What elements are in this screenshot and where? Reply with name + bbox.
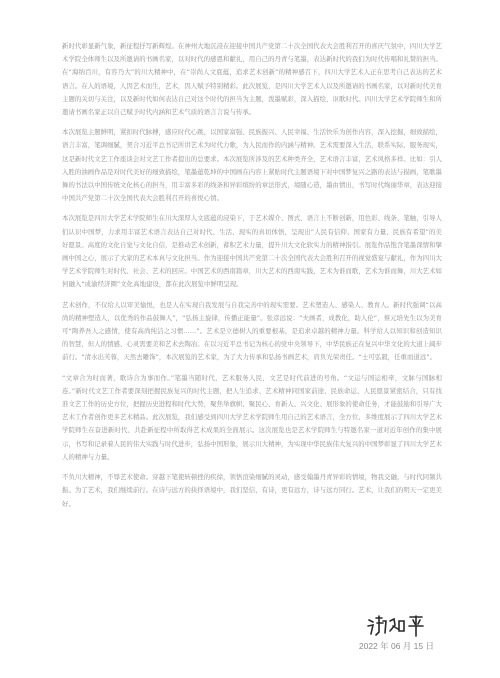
foreword-document: 新时代彰显新气象，新征程抒写新辉煌。在神州大地沉浸在迎接中国共产党第二十次全国代… <box>62 40 442 518</box>
paragraph-4: 艺术创作，不仅给人以审美愉悦，也是人在实现自我发展与自我完善中的现实需要。艺术塑… <box>62 299 442 365</box>
paragraph-3: 本次展览是四川大学艺术学院师生在川大深厚人文底蕴的浸染下，于艺术媒介、图式、语言… <box>62 212 442 291</box>
paragraph-6: 不负川大精神，不辱艺术使命。穿越下笔使转顿挫的疾徐，领悟渲染细腻的灵动，感受翰墨… <box>62 471 442 511</box>
handwritten-signature <box>314 612 434 638</box>
signature-block: 2022 年 06 月 15 日 <box>314 612 434 652</box>
signature-icon <box>366 612 428 638</box>
paragraph-2: 本次展览主题鲜明，紧扣时代脉搏，感应时代心跳，以国家富强、民族振兴、人民幸福、生… <box>62 126 442 205</box>
paragraph-5: “文章合为时而著，歌诗合为事而作。”笔墨当随时代，艺术服务人民，文艺是时代前进的… <box>62 372 442 464</box>
paragraph-1: 新时代彰显新气象，新征程抒写新辉煌。在神州大地沉浸在迎接中国共产党第二十次全国代… <box>62 40 442 119</box>
signature-date: 2022 年 06 月 15 日 <box>314 640 434 652</box>
